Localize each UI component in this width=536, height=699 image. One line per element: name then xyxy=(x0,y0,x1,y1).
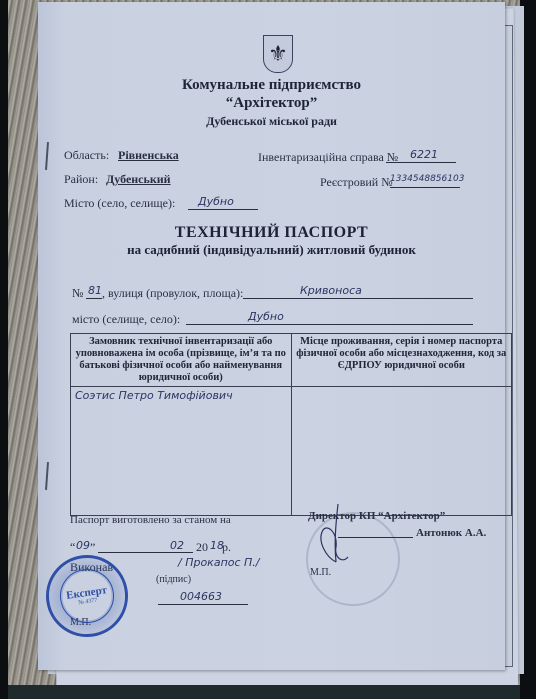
document-subtitle: на садибний (індивідуальний) житловий бу… xyxy=(38,242,505,258)
owner-column-header: Замовник технічної інвентаризації або уп… xyxy=(71,334,292,387)
house-number-underline xyxy=(86,298,102,299)
city-value: Дубно xyxy=(198,195,234,208)
org-council: Дубенської міської ради xyxy=(38,114,505,129)
prepared-label: Паспорт виготовлено за станом на xyxy=(70,514,231,526)
street-value: Кривоноса xyxy=(300,284,362,297)
registry-label: Реєстровий № xyxy=(320,175,393,190)
district-value: Дубенський xyxy=(106,172,171,187)
street-underline xyxy=(243,298,473,299)
date-suffix: р. xyxy=(222,540,231,555)
staple-mark xyxy=(45,142,49,170)
region-label: Область: xyxy=(64,148,109,163)
city-label: Місто (село, селище): xyxy=(64,196,175,211)
document-title: ТЕХНІЧНИЙ ПАСПОРТ xyxy=(38,224,505,242)
date-month-underline xyxy=(98,552,193,553)
city-underline xyxy=(188,209,258,210)
registry-value: 1334548856103 xyxy=(390,174,464,184)
org-title: “Архітектор” xyxy=(38,95,505,112)
inventory-underline xyxy=(386,162,456,163)
district-label: Район: xyxy=(64,172,98,187)
cert-underline xyxy=(158,604,248,605)
expert-stamp: Експерт № 4377 xyxy=(41,550,134,643)
residence-cell xyxy=(291,387,512,516)
house-number-label: № xyxy=(72,286,83,301)
director-underline xyxy=(338,537,413,538)
region-value: Рівненська xyxy=(118,148,179,163)
inventory-value: 6221 xyxy=(410,148,438,161)
date-open-quote: “ xyxy=(70,540,75,555)
owner-table: Замовник технічної інвентаризації або уп… xyxy=(70,333,512,516)
cert-number: 004663 xyxy=(180,590,222,603)
residence-column-header: Місце проживання, серія і номер паспорта… xyxy=(291,334,512,387)
town-value: Дубно xyxy=(248,310,284,323)
owner-name-cell: Соэтис Петро Тимофійович xyxy=(71,387,292,516)
stamp-number: № 4377 xyxy=(78,598,98,607)
date-month: 02 xyxy=(170,539,184,552)
photo-bottom-bar xyxy=(8,685,520,699)
director-label: Директор КП “Архітектор” xyxy=(308,510,445,522)
date-close-quote: ” xyxy=(90,540,95,555)
photo-background: ⚜ Комунальне підприємство “Архітектор” Д… xyxy=(8,0,520,699)
mp-right: М.П. xyxy=(310,567,331,578)
staple-mark xyxy=(45,462,49,490)
director-name: Антонюк А.А. xyxy=(416,527,486,539)
date-day: 09 xyxy=(76,539,90,552)
table-row: Соэтис Петро Тимофійович xyxy=(71,387,512,516)
signature-hint: (підпис) xyxy=(156,574,191,585)
org-name: Комунальне підприємство xyxy=(38,77,505,94)
executor-name: / Прокапос П./ xyxy=(178,556,260,569)
house-number-value: 81 xyxy=(88,284,102,297)
technical-passport-page: ⚜ Комунальне підприємство “Архітектор” Д… xyxy=(38,2,505,670)
inventory-label: Інвентаризаційна справа № xyxy=(258,150,398,165)
street-label: , вулиця (провулок, площа): xyxy=(102,286,243,301)
registry-underline xyxy=(390,187,460,188)
date-year-prefix: 20 xyxy=(196,540,208,555)
town-label: місто (селище, село): xyxy=(72,312,180,327)
trident-coat-of-arms-icon: ⚜ xyxy=(263,35,293,73)
town-underline xyxy=(186,324,473,325)
